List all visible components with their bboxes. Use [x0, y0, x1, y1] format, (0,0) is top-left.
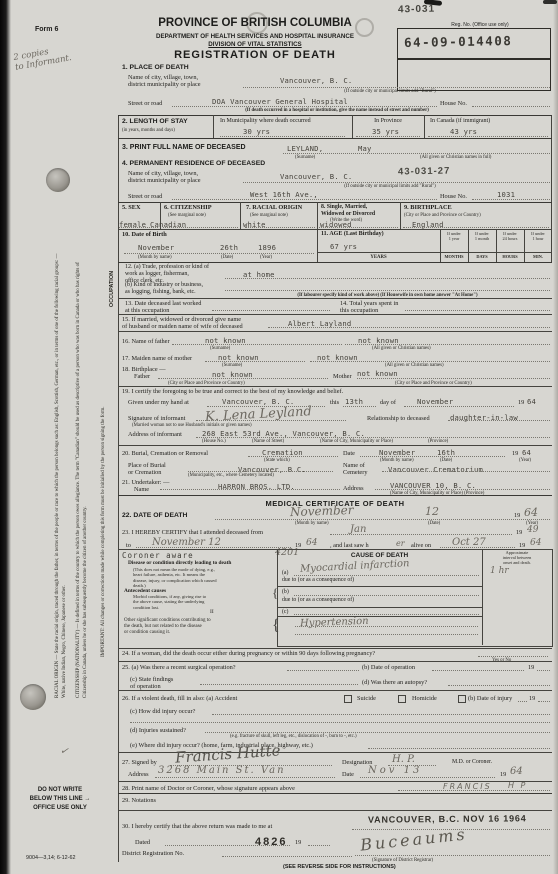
s19-given-label: Given under my hand at: [128, 399, 189, 406]
s6-title: 6. CITIZENSHIP: [164, 204, 212, 211]
s27-address-hand: 3268 Main St. Van: [158, 765, 286, 776]
s16-given-note: (All given or Christian names): [372, 346, 431, 352]
handwritten-file-number: 43-031: [398, 4, 435, 16]
rule: [118, 495, 552, 496]
dotted-line: [356, 136, 420, 137]
accident-checkbox[interactable]: [344, 695, 352, 703]
dotted-line: [295, 634, 478, 635]
s22-year-hand: 64: [524, 506, 538, 519]
s30-date-stamp: VANCOUVER, B.C. NOV 16 1964: [368, 813, 527, 824]
s10-title: 10. Date of Birth: [122, 231, 167, 238]
rule: [118, 229, 552, 230]
dotted-line: [310, 361, 550, 362]
s18-father-label: Father: [134, 373, 150, 380]
racial-origin-margin-note: RACIAL ORIGIN — State the racial origin,…: [55, 242, 68, 698]
s15-label: 15. If married, widowed or divorced give…: [122, 316, 243, 331]
s2-col-province: In Province: [354, 118, 422, 125]
margin-check-mark: ✓: [59, 745, 69, 757]
form-code: 9004—3,14; 6-12-62: [26, 855, 75, 861]
rule: [118, 810, 552, 811]
s23-year-c-hand: 64: [530, 538, 541, 548]
s27-year-hand: 64: [510, 766, 523, 777]
s19-this-label: this: [330, 399, 339, 406]
s26-suicide-label: Suicide: [357, 695, 376, 702]
scan-smudge: [543, 0, 557, 4]
cause-roman2: II: [210, 609, 214, 615]
rule: [118, 262, 552, 263]
see-reverse-note: (SEE REVERSE SIDE FOR INSTRUCTIONS): [283, 864, 396, 870]
cell-border: [352, 115, 353, 138]
s12-b-label: (b) Kind of industry or business, as log…: [125, 282, 203, 296]
cause-antecedent-text: Morbid conditions, if any, giving rise t…: [133, 594, 206, 610]
s4-city-label: Name of city, village, town, district mu…: [128, 170, 201, 185]
dotted-line: [222, 856, 352, 857]
s18-mother-value: not known: [357, 369, 398, 378]
s17-surname-note: (Surname): [222, 363, 242, 369]
s1-hospital-note: (If death occurred in a hospital or inst…: [172, 108, 502, 114]
dotted-line: [205, 732, 550, 733]
s3-surname-note: (Surname): [295, 155, 315, 161]
dotted-line: [243, 87, 550, 88]
dotted-line: [355, 855, 550, 856]
s2-municipality-value: 30 yrs: [243, 127, 270, 136]
s25-b-label: (b) Date of operation: [362, 664, 415, 671]
s22-month-note: (Month by name): [295, 521, 329, 527]
rule: [277, 607, 482, 608]
s28-label: 28. Print name of Doctor or Coroner, who…: [122, 785, 295, 792]
s23-label: 23. I HEREBY CERTIFY that I attended dec…: [122, 529, 263, 536]
s1-rural-note: (If outside city or municipal limits add…: [290, 89, 490, 95]
dotted-line: [200, 684, 358, 685]
s25-d-label: (d) Was there an autopsy?: [362, 679, 427, 686]
dotted-line: [357, 378, 550, 379]
s4-title: 4. PERMANENT RESIDENCE OF DECEASED: [122, 160, 265, 167]
s20-place-label: Place of Burial or Cremation: [128, 462, 166, 477]
rule: [118, 661, 552, 662]
rule: [118, 690, 552, 691]
important-margin-note: IMPORTANT: All changes or corrections ma…: [101, 239, 108, 657]
s4-street-value: West 16th Ave.,: [250, 190, 318, 199]
dotted-line: [404, 406, 514, 407]
dotted-line: [382, 471, 550, 472]
s11-title: 11. AGE (Last Birthday): [321, 231, 384, 238]
dotted-line: [368, 748, 550, 749]
dotted-line: [375, 489, 550, 490]
rule: [118, 648, 552, 649]
s1-house-label: House No.: [440, 100, 467, 107]
do-not-write-notice: DO NOT WRITE BELOW THIS LINE → OFFICE US…: [16, 786, 104, 813]
s20-year-value: 64: [522, 448, 531, 457]
s4-handwritten-file-number: 43-031-27: [398, 166, 450, 178]
s19-sig-label: Signature of informant: [128, 415, 185, 422]
dotted-line: [225, 278, 550, 279]
s11-months-header: MONTHS: [441, 255, 467, 260]
s20-muni-note: (Municipality, etc., where Cemetery loca…: [188, 473, 274, 479]
s30-district-label: District Registration No.: [122, 850, 184, 857]
dotted-line: [319, 227, 398, 228]
s19-day-value: 13th: [345, 397, 363, 406]
s23-year-a-hand: 49: [527, 525, 538, 535]
rule: [118, 331, 552, 332]
s1-street-label: Street or road: [128, 100, 162, 107]
s3-surname-value: LEYLAND,: [287, 144, 323, 153]
s26-a-label: 26. If a violent death, fill in also: (a…: [122, 695, 237, 702]
dotted-line: [268, 327, 550, 328]
s26-b-label: (b) Date of injury: [468, 695, 512, 702]
cause-interval-header: Approximate interval between onset and d…: [484, 551, 550, 566]
s2-title: 2. LENGTH OF STAY: [122, 118, 188, 125]
s30-d19: 19: [295, 839, 301, 846]
s18-mother-label: Mother: [333, 373, 352, 380]
s23-y19a: 19: [516, 529, 522, 536]
dotted-line: [472, 199, 550, 200]
dotted-line: [287, 670, 359, 671]
s6-note: (See marginal note): [168, 213, 206, 219]
dotted-line: [245, 227, 315, 228]
s10-month-value: November: [138, 243, 174, 252]
dotted-line: [130, 722, 550, 723]
dotted-line: [345, 344, 550, 345]
s26-d-label: (d) Injuries sustained?: [130, 727, 186, 734]
cause-a-label: (a): [282, 570, 288, 577]
s30-label: 30. I hereby certify that the above retu…: [122, 823, 272, 830]
dotted-line: [212, 310, 330, 311]
s11-under-24h-label: If under 24 hours: [497, 232, 523, 242]
brace-glyph: {: [272, 617, 280, 635]
dotted-line: [220, 136, 345, 137]
s16-surname-note: (Surname): [210, 346, 230, 352]
s22-day-hand: 12: [425, 505, 439, 518]
s22-label: 22. DATE OF DEATH: [122, 512, 187, 519]
dotted-line: [158, 378, 328, 379]
s10-month-note: (Month by name): [138, 255, 172, 261]
dotted-line: [398, 790, 550, 791]
s11-hours-header: HOURS: [497, 255, 523, 260]
s19-month-value: November: [417, 397, 453, 406]
s22-day-note: (Date): [428, 521, 440, 527]
s30-sig-note: (Signature of District Registrar): [372, 858, 433, 864]
punch-hole: [46, 168, 70, 192]
s20-date-label: Date: [343, 450, 355, 457]
s19-year-value: 64: [527, 397, 536, 406]
province-heading: PROVINCE OF BRITISH COLUMBIA: [138, 17, 372, 29]
cause-other-title: Other significant conditions contributin…: [124, 618, 211, 635]
s19-certify-text: 19. I certify the foregoing to be true a…: [122, 388, 343, 395]
dotted-line: [283, 153, 550, 154]
s10-year-value: 1896: [258, 243, 276, 252]
cause-due1-label: due to (or as a consequence of): [282, 577, 354, 584]
coroner-aware-note: Coroner aware: [122, 551, 194, 560]
dotted-line: [405, 310, 550, 311]
cell-border: [213, 115, 214, 138]
dotted-line: [294, 575, 479, 576]
s3-title: 3. PRINT FULL NAME OF DECEASED: [122, 144, 246, 151]
department-heading: DEPARTMENT OF HEALTH SERVICES AND HOSPIT…: [128, 33, 382, 40]
s10-year-note: (Year): [260, 255, 272, 261]
cause-header: CAUSE OF DEATH: [277, 552, 482, 559]
s14-label: 14. Total years spent in this occupation: [340, 300, 398, 315]
rule: [118, 115, 552, 116]
s29-label: 29. Notations: [122, 797, 156, 804]
s4-house-value: 1031: [497, 190, 515, 199]
dotted-line: [294, 595, 479, 596]
s19-house-note: (House No.): [202, 439, 226, 445]
s20-cemetery-value: Vancouver Crematorium: [388, 465, 483, 474]
death-registration-scan: Form 6 2 copies to Informant. ✓ IMPORTAN…: [0, 0, 558, 874]
s8-title: 8. Single, Married, Widowed or Divorced: [321, 204, 375, 218]
dotted-line: [308, 845, 330, 846]
s20-year-note: (Year): [519, 458, 531, 464]
s19-city-note: (Name of City, Municipality or Place): [320, 439, 393, 445]
s27-date-label: Date: [342, 771, 354, 778]
brace-glyph: {: [272, 585, 278, 601]
s28-last-hand: H P: [508, 781, 527, 790]
s17-label: 17. Maiden name of mother: [122, 355, 192, 362]
punch-hole: [20, 684, 46, 710]
dotted-line: [196, 437, 550, 438]
s24-label: 24. If a woman, did the death occur eith…: [122, 650, 375, 657]
dotted-line: [215, 519, 550, 520]
s19-informant-signature: K. Lena Leyland: [205, 404, 312, 425]
dotted-line: [428, 136, 548, 137]
s1-street-value: DOA Vancouver General Hospital: [212, 97, 348, 106]
s27-y19: 19: [500, 771, 506, 778]
s20-day-note: (Date): [440, 458, 452, 464]
dotted-line: [196, 420, 346, 421]
form-number: Form 6: [35, 26, 58, 33]
s2-col-municipality: In Municipality where death occurred: [220, 118, 311, 125]
s20-month-note: (Month by name): [380, 458, 414, 464]
s4-rural-note: (If outside city or municipal limits add…: [290, 184, 490, 190]
rule: [118, 202, 552, 203]
s20-state-note: (State which): [264, 458, 290, 464]
s11-value: 67 yrs: [330, 242, 357, 251]
s21-name-label: Name: [134, 486, 149, 493]
s4-house-label: House No.: [440, 193, 467, 200]
dotted-line: [163, 227, 238, 228]
homicide-checkbox[interactable]: [458, 695, 466, 703]
s27-md-label: M.D. or Coroner.: [452, 759, 492, 766]
dotted-line: [330, 534, 512, 535]
cell-border: [317, 202, 318, 262]
s19-prov-note: (Province): [428, 439, 448, 445]
dotted-line: [172, 199, 437, 200]
s19-dayof-label: day of: [380, 399, 396, 406]
dotted-line: [448, 420, 550, 421]
s27-date-hand: Nov 13: [368, 765, 422, 776]
s4-city-value: Vancouver, B. C.: [280, 172, 352, 181]
cause-part1-text: (This does not mean the mode of dying, e…: [133, 567, 217, 588]
s27-addr-label: Address: [128, 771, 149, 778]
s20-cemetery-label: Name of Cemetery: [343, 462, 367, 477]
s30-dated-label: Dated: [135, 839, 150, 846]
s11-days-header: DAYS: [469, 255, 495, 260]
dotted-line: [205, 361, 305, 362]
s27-designation-hand: H. P.: [392, 754, 415, 765]
scan-right-edge: [553, 0, 558, 874]
s10-day-value: 26th: [220, 243, 238, 252]
dotted-line: [448, 685, 550, 686]
s26-d-note: (e.g. fracture of skull, left leg, etc.,…: [230, 734, 357, 740]
dotted-line: [160, 489, 340, 490]
dotted-line: [248, 456, 338, 457]
s26-homicide-label: Homicide: [412, 695, 437, 702]
dotted-line: [155, 777, 335, 778]
suicide-checkbox[interactable]: [398, 695, 406, 703]
s9-note: (City or Place and Province or Country): [404, 213, 550, 219]
s1-city-label: Name of city, village, town, district mu…: [128, 74, 201, 89]
dotted-line: [225, 290, 550, 291]
s20-y19: 19: [512, 450, 518, 457]
dotted-line: [243, 182, 550, 183]
dotted-line: [119, 227, 158, 228]
dotted-line: [172, 344, 342, 345]
s19-addr-label: Address of informant: [128, 431, 182, 438]
dotted-line: [343, 406, 376, 407]
dotted-line: [537, 670, 550, 671]
rule: [118, 445, 552, 446]
s9-title: 9. BIRTHPLACE: [404, 204, 452, 211]
s5-title: 5. SEX: [122, 204, 141, 211]
s26-b19: 19: [529, 695, 535, 702]
s11-under-hour-label: If under 1 hour: [525, 232, 551, 242]
s25-b19: 19: [528, 664, 534, 671]
dotted-line: [172, 106, 437, 107]
dotted-line: [440, 547, 515, 548]
s11-years-header: YEARS: [317, 255, 440, 261]
s23-year-b-hand: 64: [306, 538, 317, 548]
rule: [118, 386, 552, 387]
cause-part1-title: Disease or condition directly leading to…: [128, 560, 231, 566]
dotted-line: [124, 253, 314, 254]
reg-no-stamp: 64-09-014408: [404, 33, 513, 50]
division-heading: DIVISION OF VITAL STATISTICS: [148, 41, 362, 48]
s17-given-note: (All given or Christian names): [385, 363, 444, 369]
rule: [118, 793, 552, 794]
cell-border: [424, 115, 425, 138]
dotted-line: [432, 670, 524, 671]
rule: [118, 298, 552, 299]
dotted-line: [360, 777, 495, 778]
s19-street-note: (Name of Street): [252, 439, 284, 445]
s4-street-label: Street or road: [128, 193, 162, 200]
cell-border: [400, 202, 401, 229]
s26-c-label: (c) How did injury occur?: [130, 708, 195, 715]
s21-addr-label: Address: [343, 485, 364, 492]
s10-day-note: (Date): [221, 255, 233, 261]
dotted-line: [403, 227, 549, 228]
s2-subtitle: (in years, months and days): [122, 128, 175, 134]
s25-c-label: (c) State findings of operation: [130, 676, 173, 691]
rule: [118, 138, 552, 139]
s19-y19: 19: [518, 399, 524, 406]
s11-min-header: MIN.: [525, 255, 551, 260]
dotted-line: [518, 701, 527, 702]
s19-rel-label: Relationship to deceased: [367, 415, 430, 422]
cause-a-interval-hand: 1 hr: [490, 566, 509, 576]
s3-given-note: (All given or Christian names in full): [420, 155, 491, 161]
page-title: REGISTRATION OF DEATH: [148, 49, 362, 61]
s7-title: 7. RACIAL ORIGIN: [246, 204, 302, 211]
dotted-line: [478, 656, 548, 657]
rule: [277, 586, 482, 587]
cause-b-label: (b): [282, 589, 289, 596]
s13-label: 13. Date deceased last worked at this oc…: [125, 300, 201, 315]
s2-province-value: 35 yrs: [372, 127, 399, 136]
dotted-line: [212, 714, 550, 715]
scan-left-edge: [0, 0, 11, 874]
cause-due2-label: due to (or as a consequence of): [282, 597, 354, 604]
s1-title: 1. PLACE OF DEATH: [122, 64, 189, 71]
s2-canada-value: 43 yrs: [450, 127, 477, 136]
cause-c-label: (c): [282, 609, 288, 616]
s27-label: 27. Signed by: [122, 759, 157, 766]
dotted-line: [295, 626, 478, 627]
dotted-line: [136, 547, 291, 548]
s30-district-no-stamp: 4826: [255, 836, 287, 848]
margin-handwritten-note: 2 copies to Informant.: [13, 43, 73, 73]
cause-interval-border: [482, 549, 483, 645]
rule: [118, 314, 552, 315]
s19-sig-note: (Married woman not to use Husband's init…: [132, 423, 252, 429]
s22-month-hand: November: [290, 503, 354, 519]
rule: [317, 252, 552, 253]
occupation-side-label: OCCUPATION: [109, 262, 116, 316]
s3-given-value: May: [358, 144, 372, 153]
dotted-line: [538, 701, 550, 702]
dotted-line: [472, 106, 550, 107]
s2-col-canada: In Canada (if immigrant): [430, 118, 490, 125]
dotted-line: [294, 614, 479, 615]
s11-under-month-label: If under 1 month: [469, 232, 495, 242]
s11-under-year-label: If under 1 year: [441, 232, 467, 242]
s16-label: 16. Name of father: [122, 338, 170, 345]
dotted-line: [360, 456, 505, 457]
s25-a-label: 25. (a) Was there a recent surgical oper…: [122, 664, 236, 671]
cell-border: [240, 202, 241, 229]
dotted-line: [188, 471, 333, 472]
s23-her-hand: er: [396, 539, 405, 548]
s1-city-value: Vancouver, B. C.: [280, 76, 352, 85]
citizenship-margin-note: CITIZENSHIP (NATIONALITY) — Is defined i…: [76, 242, 89, 698]
s7-note: (See marginal note): [250, 213, 288, 219]
rule: [277, 616, 482, 617]
s20-label: 20. Burial, Cremation or Removal: [122, 450, 208, 457]
